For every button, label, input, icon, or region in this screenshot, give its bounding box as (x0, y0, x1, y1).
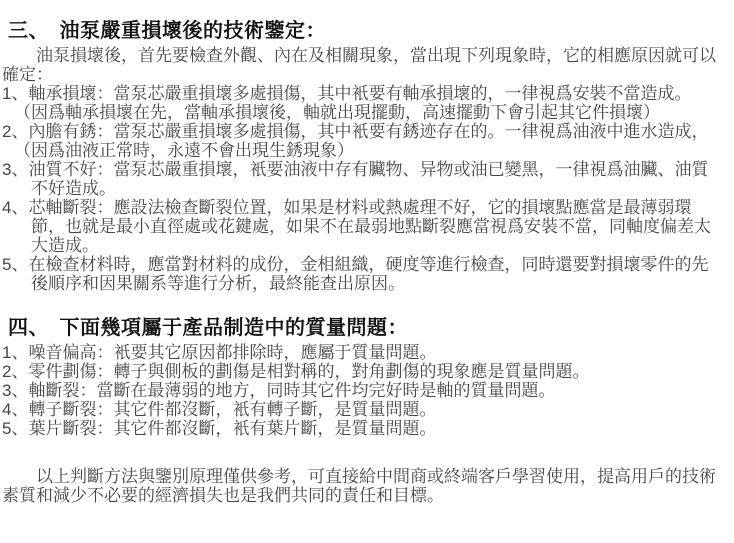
text-line: 5、葉片斷裂：其它件都沒斷，衹有葉片斷，是質量問題。 (0, 419, 734, 438)
text-line: 5、在檢查材料時，應當對材料的成份，金相組織，硬度等進行檢查，同時還要對損壞零件… (0, 255, 734, 274)
text-line: 4、芯軸斷裂：應設法檢查斷裂位置，如果是材料或熱處理不好，它的損壞點應當是最薄弱… (0, 198, 734, 217)
closing-paragraph-lines: 以上判斷方法與鑒別原理僅供參考，可直接給中間商或終端客戶學習使用，提高用戶的技術… (0, 467, 734, 505)
document-page: 三、 油泵嚴重損壞後的技術鑒定： 油泵損壞後，首先要檢查外觀、內在及相關現象，當… (0, 0, 734, 505)
section-divider-space (0, 293, 734, 317)
section-oil-pump-appraisal: 三、 油泵嚴重損壞後的技術鑒定： 油泵損壞後，首先要檢查外觀、內在及相關現象，當… (0, 20, 734, 293)
section-4-lines: 1、噪音偏高：衹要其它原因都排除時，應屬于質量問題。2、零件劃傷：轉子與側板的劃… (0, 343, 734, 438)
text-line: 2、零件劃傷：轉子與側板的劃傷是相對稱的，對角劃傷的現象應是質量問題。 (0, 362, 734, 381)
text-line: 1、軸承損壞：當泵芯嚴重損壞多處損傷，其中衹要有軸承損壞的，一律視爲安裝不當造成… (0, 84, 734, 103)
section-heading-4: 四、 下面幾項屬于產品制造中的質量問題： (8, 317, 734, 339)
text-line: 確定： (0, 65, 734, 84)
text-line: （因爲油液正常時，永遠不會出現生銹現象） (0, 141, 734, 160)
text-line: 以上判斷方法與鑒別原理僅供參考，可直接給中間商或終端客戶學習使用，提高用戶的技術 (0, 467, 734, 486)
text-line: 後順序和因果關系等進行分析，最終能查出原因。 (0, 274, 734, 293)
text-line: 3、軸斷裂：當斷在最薄弱的地方，同時其它件均完好時是軸的質量問題。 (0, 381, 734, 400)
section-quality-issues: 四、 下面幾項屬于產品制造中的質量問題： 1、噪音偏高：衹要其它原因都排除時，應… (0, 317, 734, 438)
text-line: 大造成。 (0, 236, 734, 255)
text-line: 4、轉子斷裂：其它件都沒斷，衹有轉子斷，是質量問題。 (0, 400, 734, 419)
text-line: 素質和減少不必要的經濟損失也是我們共同的責任和目標。 (0, 486, 734, 505)
text-line: 2、內膽有銹：當泵芯嚴重損壞多處損傷，其中衹要有銹迹存在的。一律視爲油液中進水造… (0, 122, 734, 141)
text-line: 3、油質不好：當泵芯嚴重損壞，衹要油液中存有臟物、异物或油已變黑，一律視爲油臟、… (0, 160, 734, 179)
text-line: 不好造成。 (0, 179, 734, 198)
text-line: （因爲軸承損壞在先，當軸承損壞後，軸就出現擺動，高速擺動下會引起其它件損壞） (0, 103, 734, 122)
closing-paragraph: 以上判斷方法與鑒別原理僅供參考，可直接給中間商或終端客戶學習使用，提高用戶的技術… (0, 467, 734, 505)
text-line: 油泵損壞後，首先要檢查外觀、內在及相關現象，當出現下列現象時，它的相應原因就可以 (0, 46, 734, 65)
text-line: 節，也就是最小直徑處或花鍵處，如果不在最弱地點斷裂應當視爲安裝不當，同軸度偏差太 (0, 217, 734, 236)
text-line: 1、噪音偏高：衹要其它原因都排除時，應屬于質量問題。 (0, 343, 734, 362)
section-heading-3: 三、 油泵嚴重損壞後的技術鑒定： (8, 20, 734, 42)
section-3-lines: 油泵損壞後，首先要檢查外觀、內在及相關現象，當出現下列現象時，它的相應原因就可以… (0, 46, 734, 293)
